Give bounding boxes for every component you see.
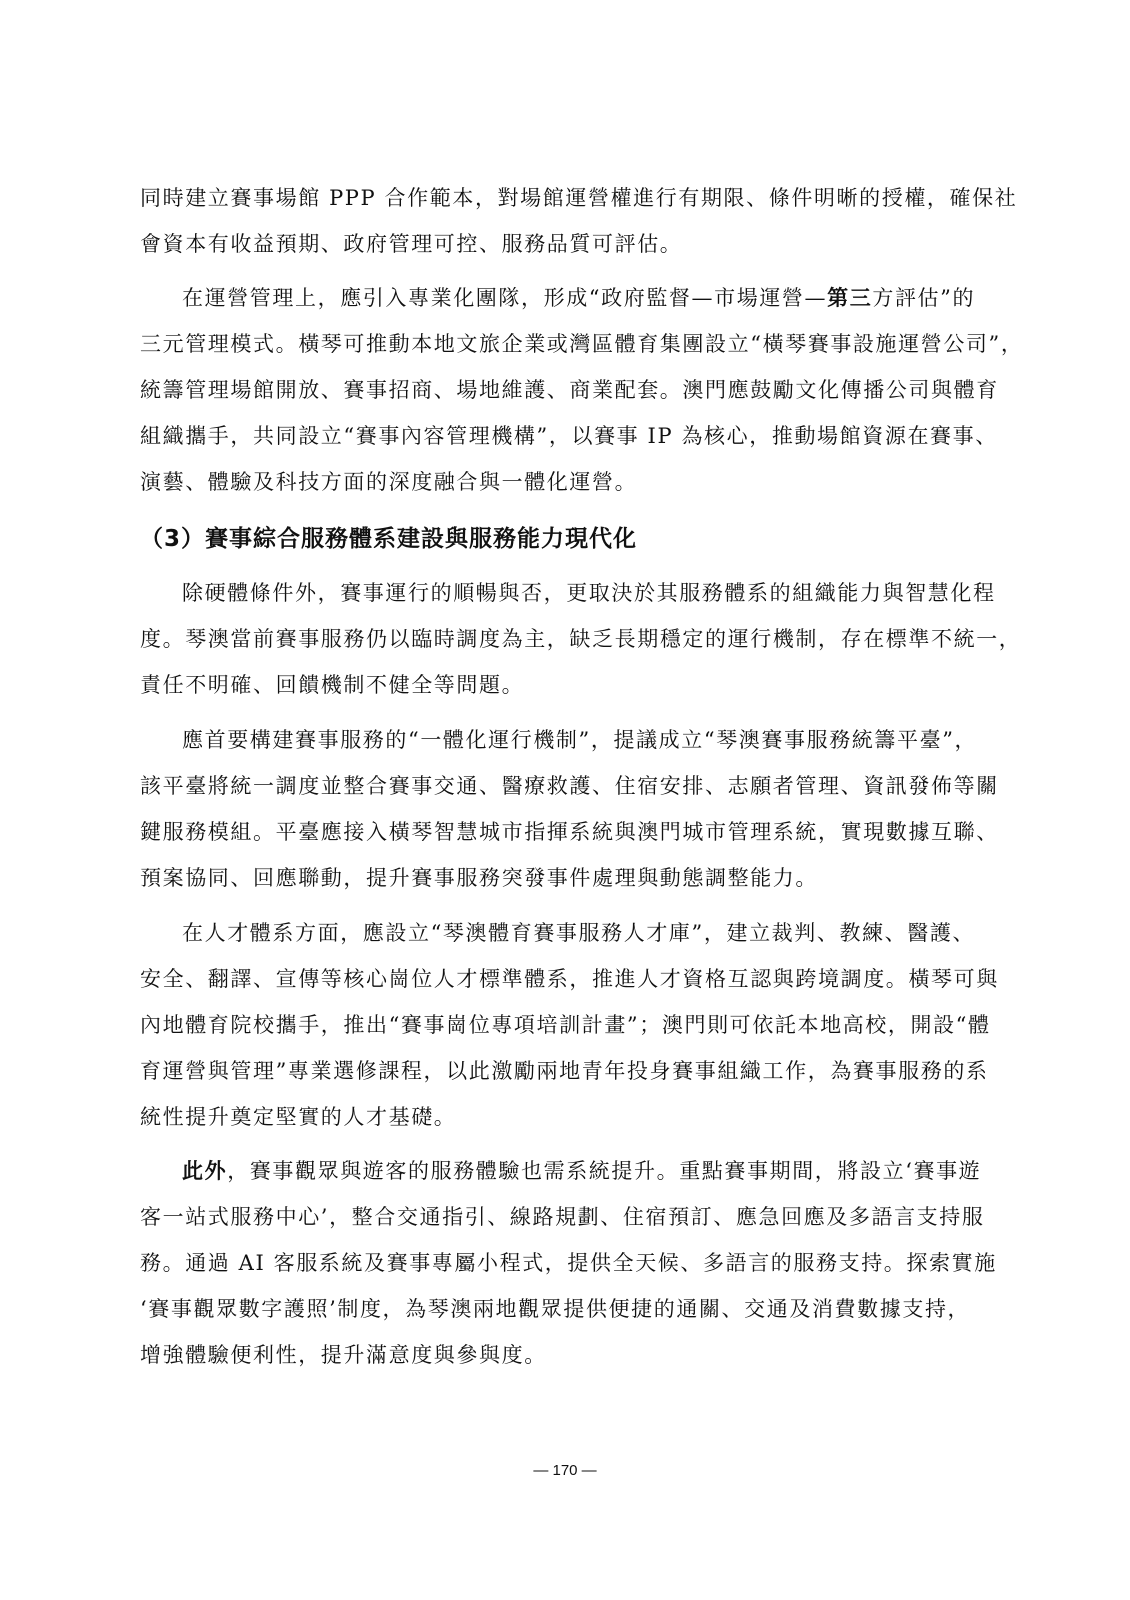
paragraph-6-line-4: ‘賽事觀眾數字護照’制度，為琴澳兩地觀眾提供便捷的通關、交通及消費數據支持， xyxy=(140,1294,990,1324)
paragraph-3-line-3: 責任不明確、回饋機制不健全等問題。 xyxy=(140,670,990,700)
paragraph-1-line-1: 同時建立賽事場館 PPP 合作範本，對場館運營權進行有期限、條件明晰的授權，確保… xyxy=(140,183,990,213)
paragraph-5-line-3: 內地體育院校攜手，推出“賽事崗位專項培訓計畫”；澳門則可依託本地高校，開設“體 xyxy=(140,1010,990,1040)
lead-bold: 此外 xyxy=(182,1158,227,1183)
paragraph-5-line-2: 安全、翻譯、宣傳等核心崗位人才標準體系，推進人才資格互認與跨境調度。橫琴可與 xyxy=(140,964,990,994)
paragraph-5-line-5: 統性提升奠定堅實的人才基礎。 xyxy=(140,1102,990,1132)
paragraph-3-line-2: 度。琴澳當前賽事服務仍以臨時調度為主，缺乏長期穩定的運行機制，存在標準不統一， xyxy=(140,624,990,654)
paragraph-4-line-3: 鍵服務模組。平臺應接入橫琴智慧城市指揮系統與澳門城市管理系統，實現數據互聯、 xyxy=(140,817,990,847)
bold-fragment: 第三 xyxy=(827,285,872,310)
paragraph-5-line-1: 在人才體系方面，應設立“琴澳體育賽事服務人才庫”，建立裁判、教練、醫護、 xyxy=(182,918,990,948)
paragraph-6-line-2: 客一站式服務中心’，整合交通指引、線路規劃、住宿預訂、應急回應及多語言支持服 xyxy=(140,1202,990,1232)
document-page: 同時建立賽事場館 PPP 合作範本，對場館運營權進行有期限、條件明晰的授權，確保… xyxy=(0,0,1130,1600)
paragraph-2-line-1: 在運營管理上，應引入專業化團隊，形成“政府監督—市場運營—第三方評估”的 xyxy=(182,283,990,313)
paragraph-6-line-1: 此外，賽事觀眾與遊客的服務體驗也需系統提升。重點賽事期間，將設立‘賽事遊 xyxy=(182,1156,990,1186)
paragraph-4-line-4: 預案協同、回應聯動，提升賽事服務突發事件處理與動態調整能力。 xyxy=(140,863,990,893)
paragraph-2-line-4: 組織攜手，共同設立“賽事內容管理機構”，以賽事 IP 為核心，推動場館資源在賽事… xyxy=(140,421,990,451)
paragraph-1-line-2: 會資本有收益預期、政府管理可控、服務品質可評估。 xyxy=(140,229,990,259)
page-number: — 170 — xyxy=(0,1462,1130,1479)
paragraph-5-line-4: 育運營與管理”專業選修課程，以此激勵兩地青年投身賽事組織工作，為賽事服務的系 xyxy=(140,1056,990,1086)
paragraph-2-line-3: 統籌管理場館開放、賽事招商、場地維護、商業配套。澳門應鼓勵文化傳播公司與體育 xyxy=(140,375,990,405)
paragraph-2-line-2: 三元管理模式。橫琴可推動本地文旅企業或灣區體育集團設立“橫琴賽事設施運營公司”， xyxy=(140,329,990,359)
paragraph-6-line-3: 務。通過 AI 客服系統及賽事專屬小程式，提供全天候、多語言的服務支持。探索實施 xyxy=(140,1248,990,1278)
paragraph-4-line-2: 該平臺將統一調度並整合賽事交通、醫療救護、住宿安排、志願者管理、資訊發佈等關 xyxy=(140,771,990,801)
section-heading: （3）賽事綜合服務體系建設與服務能力現代化 xyxy=(140,520,637,553)
paragraph-3-line-1: 除硬體條件外，賽事運行的順暢與否，更取決於其服務體系的組織能力與智慧化程 xyxy=(182,578,990,608)
paragraph-4-line-1: 應首要構建賽事服務的“一體化運行機制”，提議成立“琴澳賽事服務統籌平臺”， xyxy=(182,725,990,755)
paragraph-2-line-5: 演藝、體驗及科技方面的深度融合與一體化運營。 xyxy=(140,467,990,497)
paragraph-6-line-5: 增強體驗便利性，提升滿意度與參與度。 xyxy=(140,1340,990,1370)
